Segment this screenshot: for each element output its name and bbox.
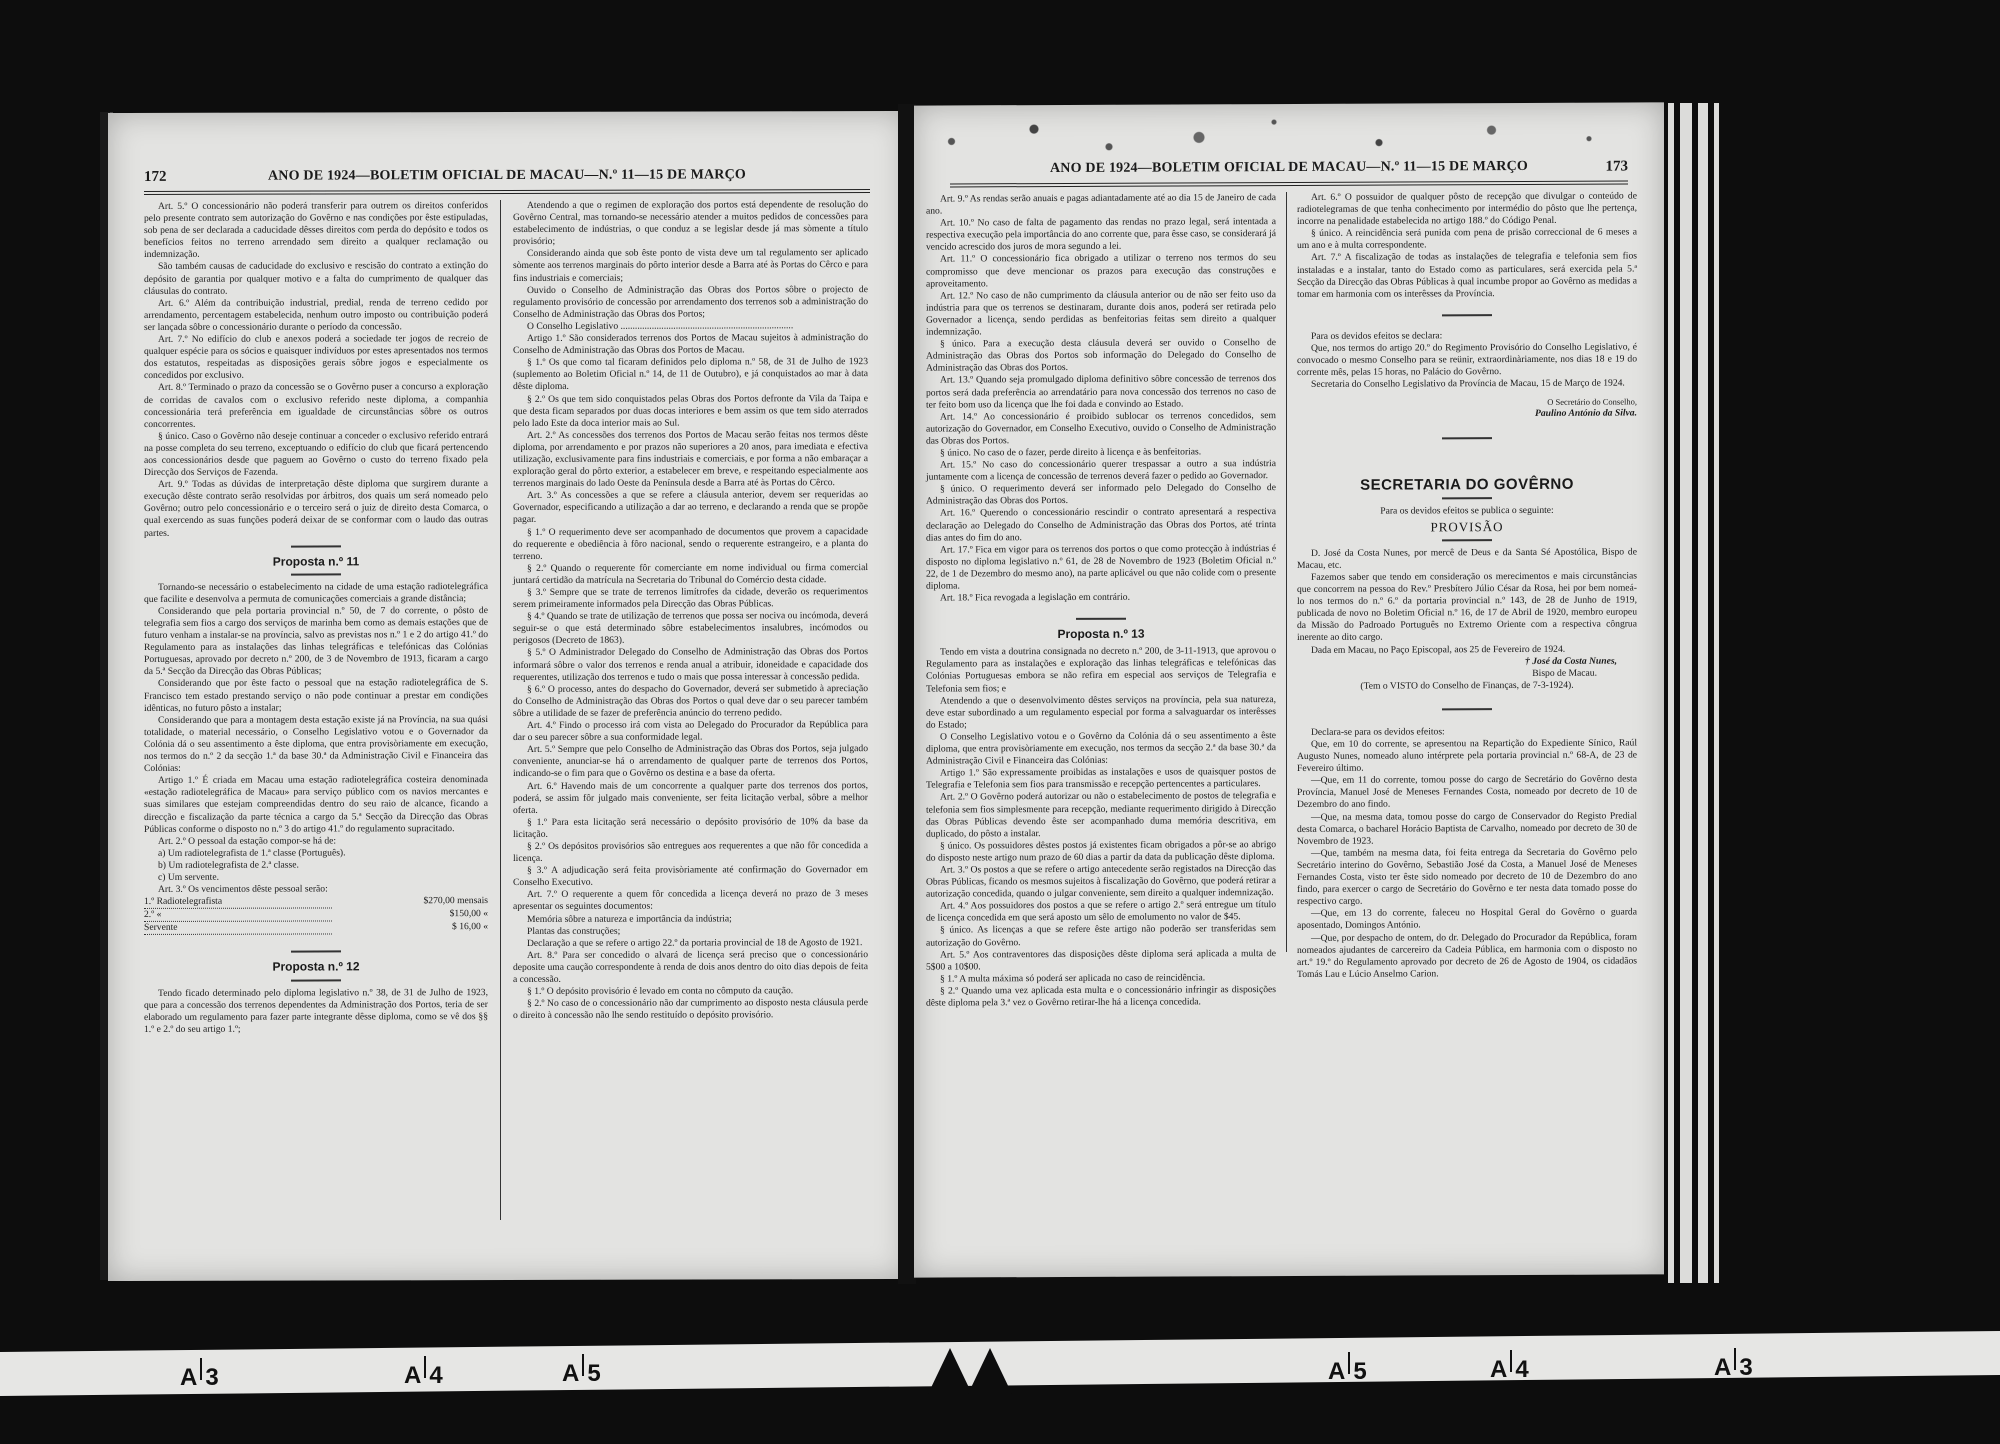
page-number: 173: [1606, 159, 1629, 176]
paragraph: § único. Para a execução desta cláusula …: [926, 337, 1276, 375]
paragraph: Art. 5.º O concessionário não poderá tra…: [144, 200, 488, 261]
paragraph: —Que, em 11 do corrente, tomou posse do …: [1297, 774, 1637, 812]
paragraph: Art. 15.º No caso do concessionário quer…: [926, 458, 1276, 484]
wages-table: 1.º Radiotelegrafista$270,00 mensais2.º …: [144, 895, 488, 935]
paragraph: Ouvido o Conselho de Administração das O…: [513, 284, 868, 321]
frame-mark: A3: [1714, 1354, 1753, 1382]
paragraph: Art. 11.º O concessionário fica obrigado…: [926, 253, 1276, 291]
right-column-2: Art. 6.º O possuidor de qualquer pôsto d…: [1297, 190, 1637, 1245]
proposta-12-body: Tendo ficado determinado pelo diploma le…: [144, 987, 488, 1036]
section-rule: [1442, 539, 1492, 541]
paragraph: Art. 2.º O Govêrno poderá autorizar ou n…: [926, 790, 1276, 840]
paragraph: O Conselho Legislativo votou e o Govêrno…: [926, 730, 1276, 768]
paragraph: São também causas de caducidade do exclu…: [144, 261, 488, 298]
left-running-head: 172 ANO DE 1924—BOLETIM OFICIAL DE MACAU…: [144, 167, 870, 195]
paragraph: Atendendo a que o regimen de exploração …: [513, 199, 868, 248]
paragraph: D. José da Costa Nunes, por mercê de Deu…: [1297, 546, 1637, 572]
paragraph: Art. 3.º Os vencimentos dêste pessoal se…: [144, 883, 488, 896]
wage-role: 2.º «: [144, 908, 332, 922]
wage-row: 1.º Radiotelegrafista$270,00 mensais: [144, 895, 488, 908]
paragraph: Art. 6.º Além da contribuição industrial…: [144, 297, 488, 334]
column-divider: [1286, 192, 1287, 952]
wage-row: Servente$ 16,00 «: [144, 921, 488, 935]
right-page: ANO DE 1924—BOLETIM OFICIAL DE MACAU—N.º…: [914, 102, 1664, 1277]
paragraph: Memória sôbre a natureza e importância d…: [513, 913, 868, 926]
proposta-12-heading: Proposta n.º 12: [144, 960, 488, 973]
frame-mark: A5: [562, 1360, 601, 1388]
paragraph: Plantas das construções;: [513, 925, 868, 938]
paragraph: Tendo em vista a doutrina consignada no …: [926, 645, 1276, 695]
paragraph: § 6.º O processo, antes do despacho do G…: [513, 683, 868, 720]
council-place-date: Secretaria do Conselho Legislativo da Pr…: [1297, 378, 1637, 392]
paragraph: Tendo ficado determinado pelo diploma le…: [144, 987, 488, 1036]
frame-mark: A3: [180, 1364, 219, 1392]
frame-mark: A5: [1328, 1358, 1367, 1386]
wage-amount: $270,00 mensais: [332, 895, 488, 908]
paragraph: Art. 12.º No caso de não cumprimento da …: [926, 289, 1276, 339]
section-rule: [1442, 708, 1492, 710]
paragraph: Art. 14.º Ao concessionário é proibido s…: [926, 410, 1276, 448]
paragraph: § único. A reincidência será punida com …: [1297, 227, 1637, 253]
paragraph: Art. 8.º Terminado o prazo da concessão …: [144, 381, 488, 430]
left-page: 172 ANO DE 1924—BOLETIM OFICIAL DE MACAU…: [108, 111, 906, 1281]
paragraph: § 2.º Quando o requerente fôr comerciant…: [513, 562, 868, 587]
paragraph: Tornando-se necessário o estabelecimento…: [144, 581, 488, 606]
paragraph: Art. 3.º As concessões a que se refere a…: [513, 489, 868, 526]
section-rule: [1442, 437, 1492, 439]
paragraph: § único. O requerimento deverá ser infor…: [926, 482, 1276, 508]
visto-note: (Tem o VISTO do Conselho de Finanças, de…: [1297, 679, 1637, 693]
secretaria-heading: SECRETARIA DO GOVÊRNO: [1297, 478, 1637, 492]
right-running-head: ANO DE 1924—BOLETIM OFICIAL DE MACAU—N.º…: [950, 159, 1628, 188]
secretaria-lead: Para os devidos efeitos se publica o seg…: [1297, 504, 1637, 518]
paragraph: Considerando que por êste facto o pessoa…: [144, 678, 488, 715]
wage-row: 2.º «$150,00 «: [144, 908, 488, 922]
film-notch: [968, 1348, 1012, 1394]
bishop-title: Bispo de Macau.: [1297, 667, 1637, 681]
paragraph: § 2.º Os depósitos provisórios são entre…: [513, 840, 868, 865]
paragraph: § único. As licenças a que se refere êst…: [926, 923, 1276, 949]
wage-role: Servente: [144, 921, 332, 935]
provisao-heading: PROVISÃO: [1297, 520, 1637, 534]
paragraph: Art. 2.º O pessoal da estação compor-se …: [144, 835, 488, 848]
paragraph: —Que, por despacho de ontem, do dr. Dele…: [1297, 931, 1637, 981]
frame-mark: A4: [404, 1362, 443, 1390]
paragraph: Art. 7.º A fiscalização de todas as inst…: [1297, 251, 1637, 301]
articles-9-18: Art. 9.º As rendas serão anuais e pagas …: [926, 192, 1276, 605]
paragraph: b) Um radiotelegrafista de 2.ª classe.: [144, 859, 488, 872]
page-stains: [914, 102, 1664, 165]
paragraph: § 1.º O depósito provisório é levado em …: [513, 985, 868, 998]
paragraph: Art. 7.º No edifício do club e anexos po…: [144, 333, 488, 382]
section-rule: [291, 979, 341, 981]
paragraph: § 1.º Os que como tal ficaram definidos …: [513, 356, 868, 393]
paragraph: § 2.º No caso de o concessionário não da…: [513, 997, 868, 1022]
paragraph: Art. 4.º Aos possuidores dos postos a qu…: [926, 899, 1276, 925]
paragraph: Considerando que pela portaria provincia…: [144, 605, 488, 678]
paragraph: —Que, na mesma data, tomou posse do carg…: [1297, 810, 1637, 848]
column-divider: [500, 200, 501, 1220]
paragraph: Art. 8.º Para ser concedido o alvará de …: [513, 949, 868, 986]
paragraph: § 3.º A adjudicação será feita provisòri…: [513, 864, 868, 889]
paragraph: Atendendo a que o desenvolvimento dêstes…: [926, 694, 1276, 732]
paragraph: Que, em 10 do corrente, se apresentou na…: [1297, 737, 1637, 775]
paragraph: § 1.º Para esta licitação será necessári…: [513, 816, 868, 841]
paragraph: Art. 3.º Os postos a que se refere o art…: [926, 863, 1276, 901]
paragraph: § 3.º Sempre que se trate de terrenos li…: [513, 586, 868, 611]
section-rule: [1076, 618, 1126, 620]
paragraph: Art. 5.º Aos contraventores das disposiç…: [926, 948, 1276, 974]
wage-amount: $ 16,00 «: [332, 921, 488, 935]
paragraph: § 5.º O Administrador Delegado do Consel…: [513, 647, 868, 684]
paragraph: Art. 18.º Fica revogada a legislação em …: [926, 591, 1276, 605]
bishop-signature: † José da Costa Nunes,: [1297, 655, 1637, 669]
declarations-list: Que, em 10 do corrente, se apresentou na…: [1297, 737, 1637, 980]
running-head-title: ANO DE 1924—BOLETIM OFICIAL DE MACAU—N.º…: [144, 167, 870, 185]
paragraph: Art. 6.º Havendo mais de um concorrente …: [513, 780, 868, 817]
paragraph: —Que, também na mesma data, foi feita en…: [1297, 846, 1637, 908]
wage-amount: $150,00 «: [332, 908, 488, 922]
paragraph: § 1.º O requerimento deve ser acompanhad…: [513, 526, 868, 563]
paragraph: Art. 7.º O requerente a quem fôr concedi…: [513, 888, 868, 913]
section-rule: [1442, 497, 1492, 499]
paragraph: Art. 9.º As rendas serão anuais e pagas …: [926, 192, 1276, 218]
paragraph: —Que, em 13 do corrente, faleceu no Hosp…: [1297, 907, 1637, 933]
paragraph: Considerando que para a montagem desta e…: [144, 714, 488, 775]
paragraph: c) Um servente.: [144, 871, 488, 884]
proposta-13-body: Tendo em vista a doutrina consignada no …: [926, 645, 1276, 1009]
right-column-1: Art. 9.º As rendas serão anuais e pagas …: [926, 192, 1276, 1248]
paragraph: Art. 17.º Fica em vigor para os terrenos…: [926, 543, 1276, 593]
council-body: Que, nos termos do artigo 20.º do Regime…: [1297, 341, 1637, 379]
proposta-13-heading: Proposta n.º 13: [926, 627, 1276, 641]
council-signer-name: Paulino António da Silva.: [1297, 408, 1637, 422]
regulation-body: Atendendo a que o regimen de exploração …: [513, 199, 868, 1022]
paragraph: O Conselho Legislativo .................…: [513, 320, 868, 333]
left-column-1: Art. 5.º O concessionário não poderá tra…: [144, 200, 488, 1251]
paragraph: § único. Os possuidores dêstes postos já…: [926, 839, 1276, 865]
articles-5-9: Art. 5.º O concessionário não poderá tra…: [144, 200, 488, 540]
paragraph: Artigo 1.º São considerados terrenos dos…: [513, 332, 868, 357]
paragraph: Declaração a que se refere o artigo 22.º…: [513, 937, 868, 950]
paragraph: Art. 16.º Querendo o concessionário resc…: [926, 506, 1276, 544]
paragraph: § único. Caso o Govêrno não deseje conti…: [144, 430, 488, 479]
section-rule: [291, 951, 341, 953]
film-notch: [928, 1348, 972, 1394]
articles-6-7: Art. 6.º O possuidor de qualquer pôsto d…: [1297, 190, 1637, 300]
proposta-11-heading: Proposta n.º 11: [144, 555, 488, 568]
paragraph: Art. 5.º Sempre que pelo Conselho de Adm…: [513, 743, 868, 780]
left-column-2: Atendendo a que o regimen de exploração …: [513, 199, 868, 1250]
paragraph: a) Um radiotelegrafista de 1.ª classe (P…: [144, 847, 488, 860]
section-rule: [291, 545, 341, 547]
section-rule: [291, 573, 341, 575]
paragraph: Art. 2.º As concessões dos terrenos dos …: [513, 429, 868, 490]
paragraph: Art. 4.º Findo o processo irá com vista …: [513, 719, 868, 744]
paragraph: Considerando ainda que sob êste ponto de…: [513, 247, 868, 284]
paragraph: § 2.º Quando uma vez aplicada esta multa…: [926, 984, 1276, 1010]
page-edges: [1664, 103, 1748, 1283]
paragraph: Artigo 1.º São expressamente proibidas a…: [926, 766, 1276, 792]
paragraph: § 2.º Os que tem sido conquistados pelas…: [513, 393, 868, 430]
section-rule: [1442, 314, 1492, 316]
provisao-body: D. José da Costa Nunes, por mercê de Deu…: [1297, 546, 1637, 656]
wage-role: 1.º Radiotelegrafista: [144, 896, 332, 909]
paragraph: Art. 13.º Quando seja promulgado diploma…: [926, 373, 1276, 411]
paragraph: Fazemos saber que tendo em consideração …: [1297, 570, 1637, 644]
proposta-11-body: Tornando-se necessário o estabelecimento…: [144, 581, 488, 896]
paragraph: § 4.º Quando se trate de utilização de t…: [513, 610, 868, 647]
paragraph: Art. 9.º Todas as dúvidas de interpretaç…: [144, 478, 488, 539]
frame-mark: A4: [1490, 1356, 1529, 1384]
paragraph: Art. 6.º O possuidor de qualquer pôsto d…: [1297, 190, 1637, 228]
running-head-title: ANO DE 1924—BOLETIM OFICIAL DE MACAU—N.º…: [950, 159, 1628, 178]
paragraph: Artigo 1.º É criada em Macau uma estação…: [144, 774, 488, 835]
paragraph: Art. 10.º No caso de falta de pagamento …: [926, 216, 1276, 254]
